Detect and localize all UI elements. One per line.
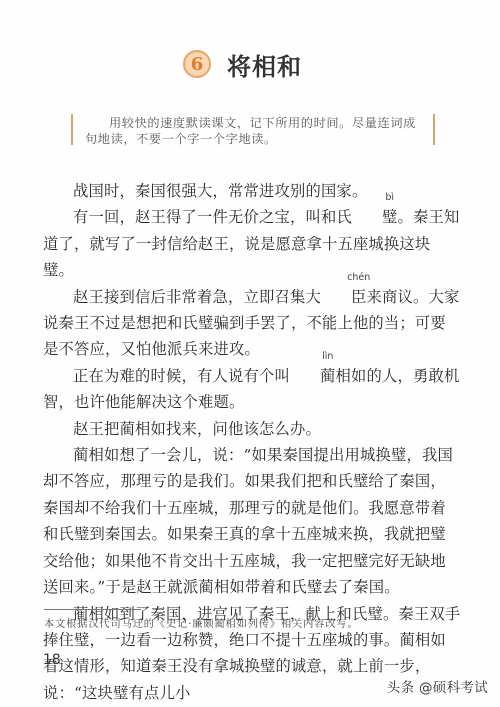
footnote: 本文根据汉代司马迁的《史记·廉颇蔺相如列传》相关内容改写。 (44, 615, 359, 630)
pinyin: chén (317, 273, 370, 283)
footnote-divider (44, 609, 141, 610)
paragraph-text: 战国时，秦国很强大，常常进攻别的国家。 (73, 182, 367, 200)
paragraph: 战国时，秦国很强大，常常进攻别的国家。 (43, 178, 461, 204)
lesson-title: 将相和 (227, 47, 302, 82)
page-number: 18 (43, 652, 61, 668)
paragraph: 有一回，赵王得了一件无价之宝，叫和氏璧bì。秦王知道了，就写了一封信给赵王，说是… (43, 204, 461, 283)
paragraph: 蔺相如想了一会儿，说：“如果秦国提出用城换璧，我国却不答应，那理亏的是我们。如果… (43, 442, 461, 600)
tip-bracket-right (433, 114, 435, 145)
paragraph: 正在为难的时候，有人说有个叫蔺lìn相如的人，勇敢机智，也许他能解决这个难题。 (43, 363, 461, 416)
paragraph: 赵王接到信后非常着急，立即召集大臣chén来商议。大家说秦王不过是想把和氏璧骗到… (43, 284, 461, 363)
textbook-page: 6 将相和 用较快的速度默读课文，记下所用的时间。尽量连词成句地读，不要一个字一… (0, 0, 500, 707)
pinyin-annotated-char: 蔺lìn (290, 363, 336, 389)
pinyin: bì (355, 193, 394, 203)
pinyin-annotated-char: 璧bì (352, 204, 398, 230)
paragraph-text: 正在为难的时候，有人说有个叫 (73, 367, 290, 385)
reading-tip-text: 用较快的速度默读课文，记下所用的时间。尽量连词成句地读，不要一个字一个字地读。 (85, 115, 423, 147)
pinyin: lìn (292, 352, 333, 362)
paragraph-text: 有一回，赵王得了一件无价之宝，叫和氏 (73, 208, 352, 226)
lesson-number-badge: 6 (183, 50, 211, 78)
paragraph: 赵王把蔺相如找来，问他该怎么办。 (43, 416, 461, 442)
paragraph-text: 蔺相如想了一会儿，说：“如果秦国提出用城换璧，我国却不答应，那理亏的是我们。如果… (43, 446, 453, 596)
lesson-header: 6 将相和 (183, 47, 302, 81)
reading-tip-box: 用较快的速度默读课文，记下所用的时间。尽量连词成句地读，不要一个字一个字地读。 (71, 114, 435, 144)
pinyin-annotated-char: 臣chén (321, 284, 367, 310)
watermark: 头条 @硕科考试 (387, 676, 488, 696)
paragraph-text: 赵王接到信后非常着急，立即召集大 (73, 288, 321, 306)
tip-bracket-left (71, 114, 73, 145)
lesson-number: 6 (191, 54, 204, 75)
paragraph-text: 赵王把蔺相如找来，问他该怎么办。 (73, 420, 321, 438)
